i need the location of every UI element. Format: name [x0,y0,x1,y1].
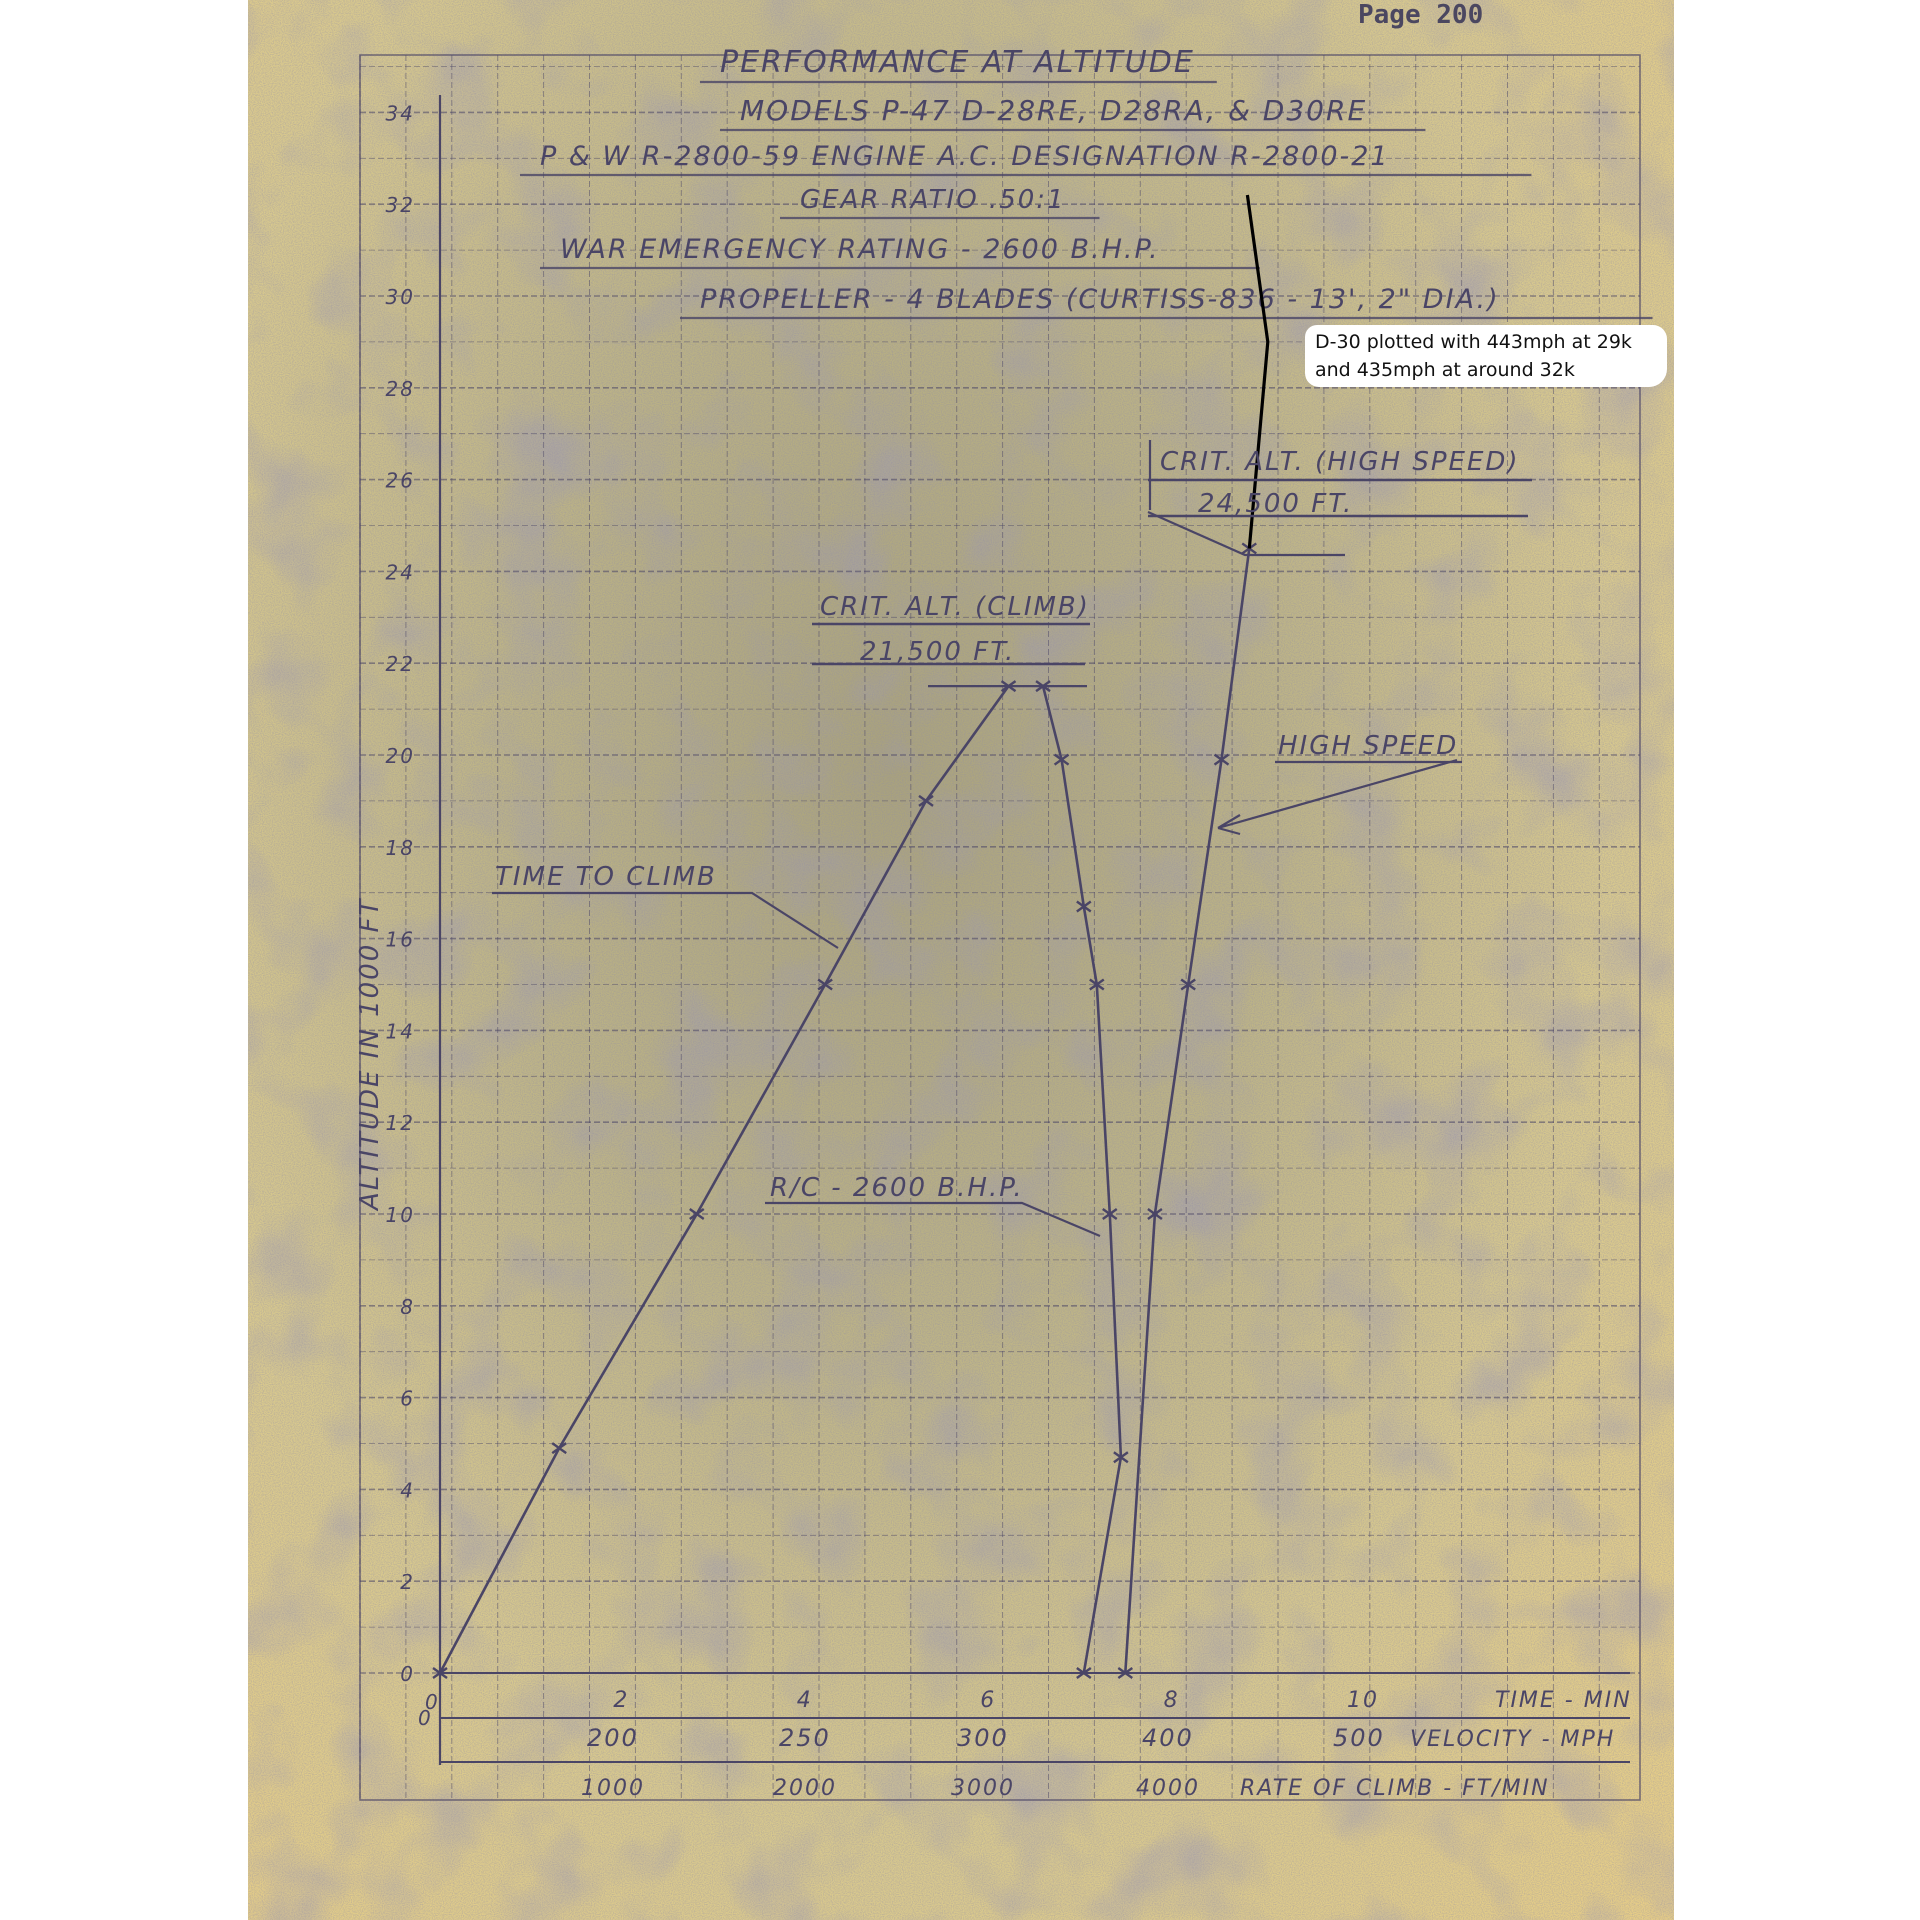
x-tick-label-rate-of-climb: 2000 [773,1776,837,1801]
series-line [1043,686,1121,1673]
x-tick-label-velocity: 300 [957,1724,1009,1752]
y-tick-label: 8 [400,1295,415,1319]
x-tick-label: 0 [418,1706,433,1730]
x-tick-label-velocity: 500 [1333,1724,1385,1752]
title-line: GEAR RATIO .50:1 [800,185,1066,215]
y-tick-label: 10 [386,1203,415,1227]
y-tick-label: 12 [386,1111,415,1135]
title-line: P & W R-2800-59 ENGINE A.C. DESIGNATION … [540,141,1390,172]
y-tick-label: 18 [386,836,415,860]
high-speed-label: HIGH SPEED [1278,731,1458,761]
annotation-line-2: and 435mph at around 32k [1315,356,1661,384]
y-axis-title: ALTITUDE IN 1000 FT [355,898,385,1212]
x-axis-title-velocity: VELOCITY - MPH [1410,1727,1615,1752]
rate-of-climb-label: R/C - 2600 B.H.P. [770,1173,1024,1203]
y-tick-label: 16 [386,928,415,952]
y-tick-label: 4 [400,1478,415,1502]
x-tick-label-time: 4 [797,1688,813,1713]
x-tick-label-time: 6 [980,1688,996,1713]
y-tick-label: 0 [400,1662,415,1686]
chart-series [433,195,1268,1678]
annotation-bubble: D-30 plotted with 443mph at 29k and 435m… [1305,325,1667,387]
y-tick-label: 14 [386,1019,415,1043]
annotation-line-1: D-30 plotted with 443mph at 29k [1315,328,1661,356]
chart-grid [360,55,1640,1800]
crit-alt-high-speed-value: 24,500 FT. [1198,489,1353,519]
high-speed-leader-arrow [1218,760,1457,834]
x-tick-label-velocity: 400 [1142,1724,1194,1752]
y-tick-label: 26 [386,469,415,493]
y-tick-label: 20 [386,744,415,768]
y-tick-label: 32 [386,193,415,217]
x-tick-label-velocity: 200 [587,1724,639,1752]
title-line: PERFORMANCE AT ALTITUDE [720,45,1195,80]
data-point-marker [690,1209,704,1219]
x-tick-label-time: 10 [1347,1688,1379,1713]
y-tick-label: 30 [386,285,415,309]
y-tick-label: 24 [386,560,415,584]
title-line: WAR EMERGENCY RATING - 2600 B.H.P. [560,234,1160,265]
x-axis-title-rate-of-climb: RATE OF CLIMB - FT/MIN [1240,1776,1550,1801]
series-line [1125,549,1249,1674]
y-tick-label: 6 [400,1387,415,1411]
performance-chart: 0246810121416182022242628303234ALTITUDE … [0,0,1920,1920]
title-line: PROPELLER - 4 BLADES (CURTISS-836 - 13',… [700,284,1500,315]
y-tick-label: 34 [386,101,415,125]
chart-title-block: PERFORMANCE AT ALTITUDEMODELS P-47 D-28R… [520,45,1653,318]
crit-alt-climb-label: CRIT. ALT. (CLIMB) [820,592,1090,622]
x-tick-label-rate-of-climb: 3000 [951,1776,1015,1801]
y-tick-label: 28 [386,377,415,401]
y-tick-label: 22 [386,652,415,676]
x-tick-label-rate-of-climb: 1000 [581,1776,645,1801]
x-tick-label-time: 2 [613,1688,629,1713]
crit-alt-climb-value: 21,500 FT. [860,637,1015,667]
rate-of-climb-leader [765,1203,1100,1236]
chart-annotations: CRIT. ALT. (CLIMB)21,500 FT.CRIT. ALT. (… [492,440,1532,1236]
title-line: MODELS P-47 D-28RE, D28RA, & D30RE [740,94,1367,127]
x-tick-label-velocity: 250 [779,1724,831,1752]
x-tick-label-time: 8 [1164,1688,1180,1713]
x-axis-title-time: TIME - MIN [1495,1688,1632,1713]
x-tick-label-rate-of-climb: 4000 [1136,1776,1200,1801]
grid-border [360,55,1640,1800]
crit-alt-high-speed-label: CRIT. ALT. (HIGH SPEED) [1160,447,1520,477]
time-to-climb-label: TIME TO CLIMB [495,862,717,892]
data-point-marker [552,1443,566,1453]
y-tick-label: 2 [400,1570,415,1594]
